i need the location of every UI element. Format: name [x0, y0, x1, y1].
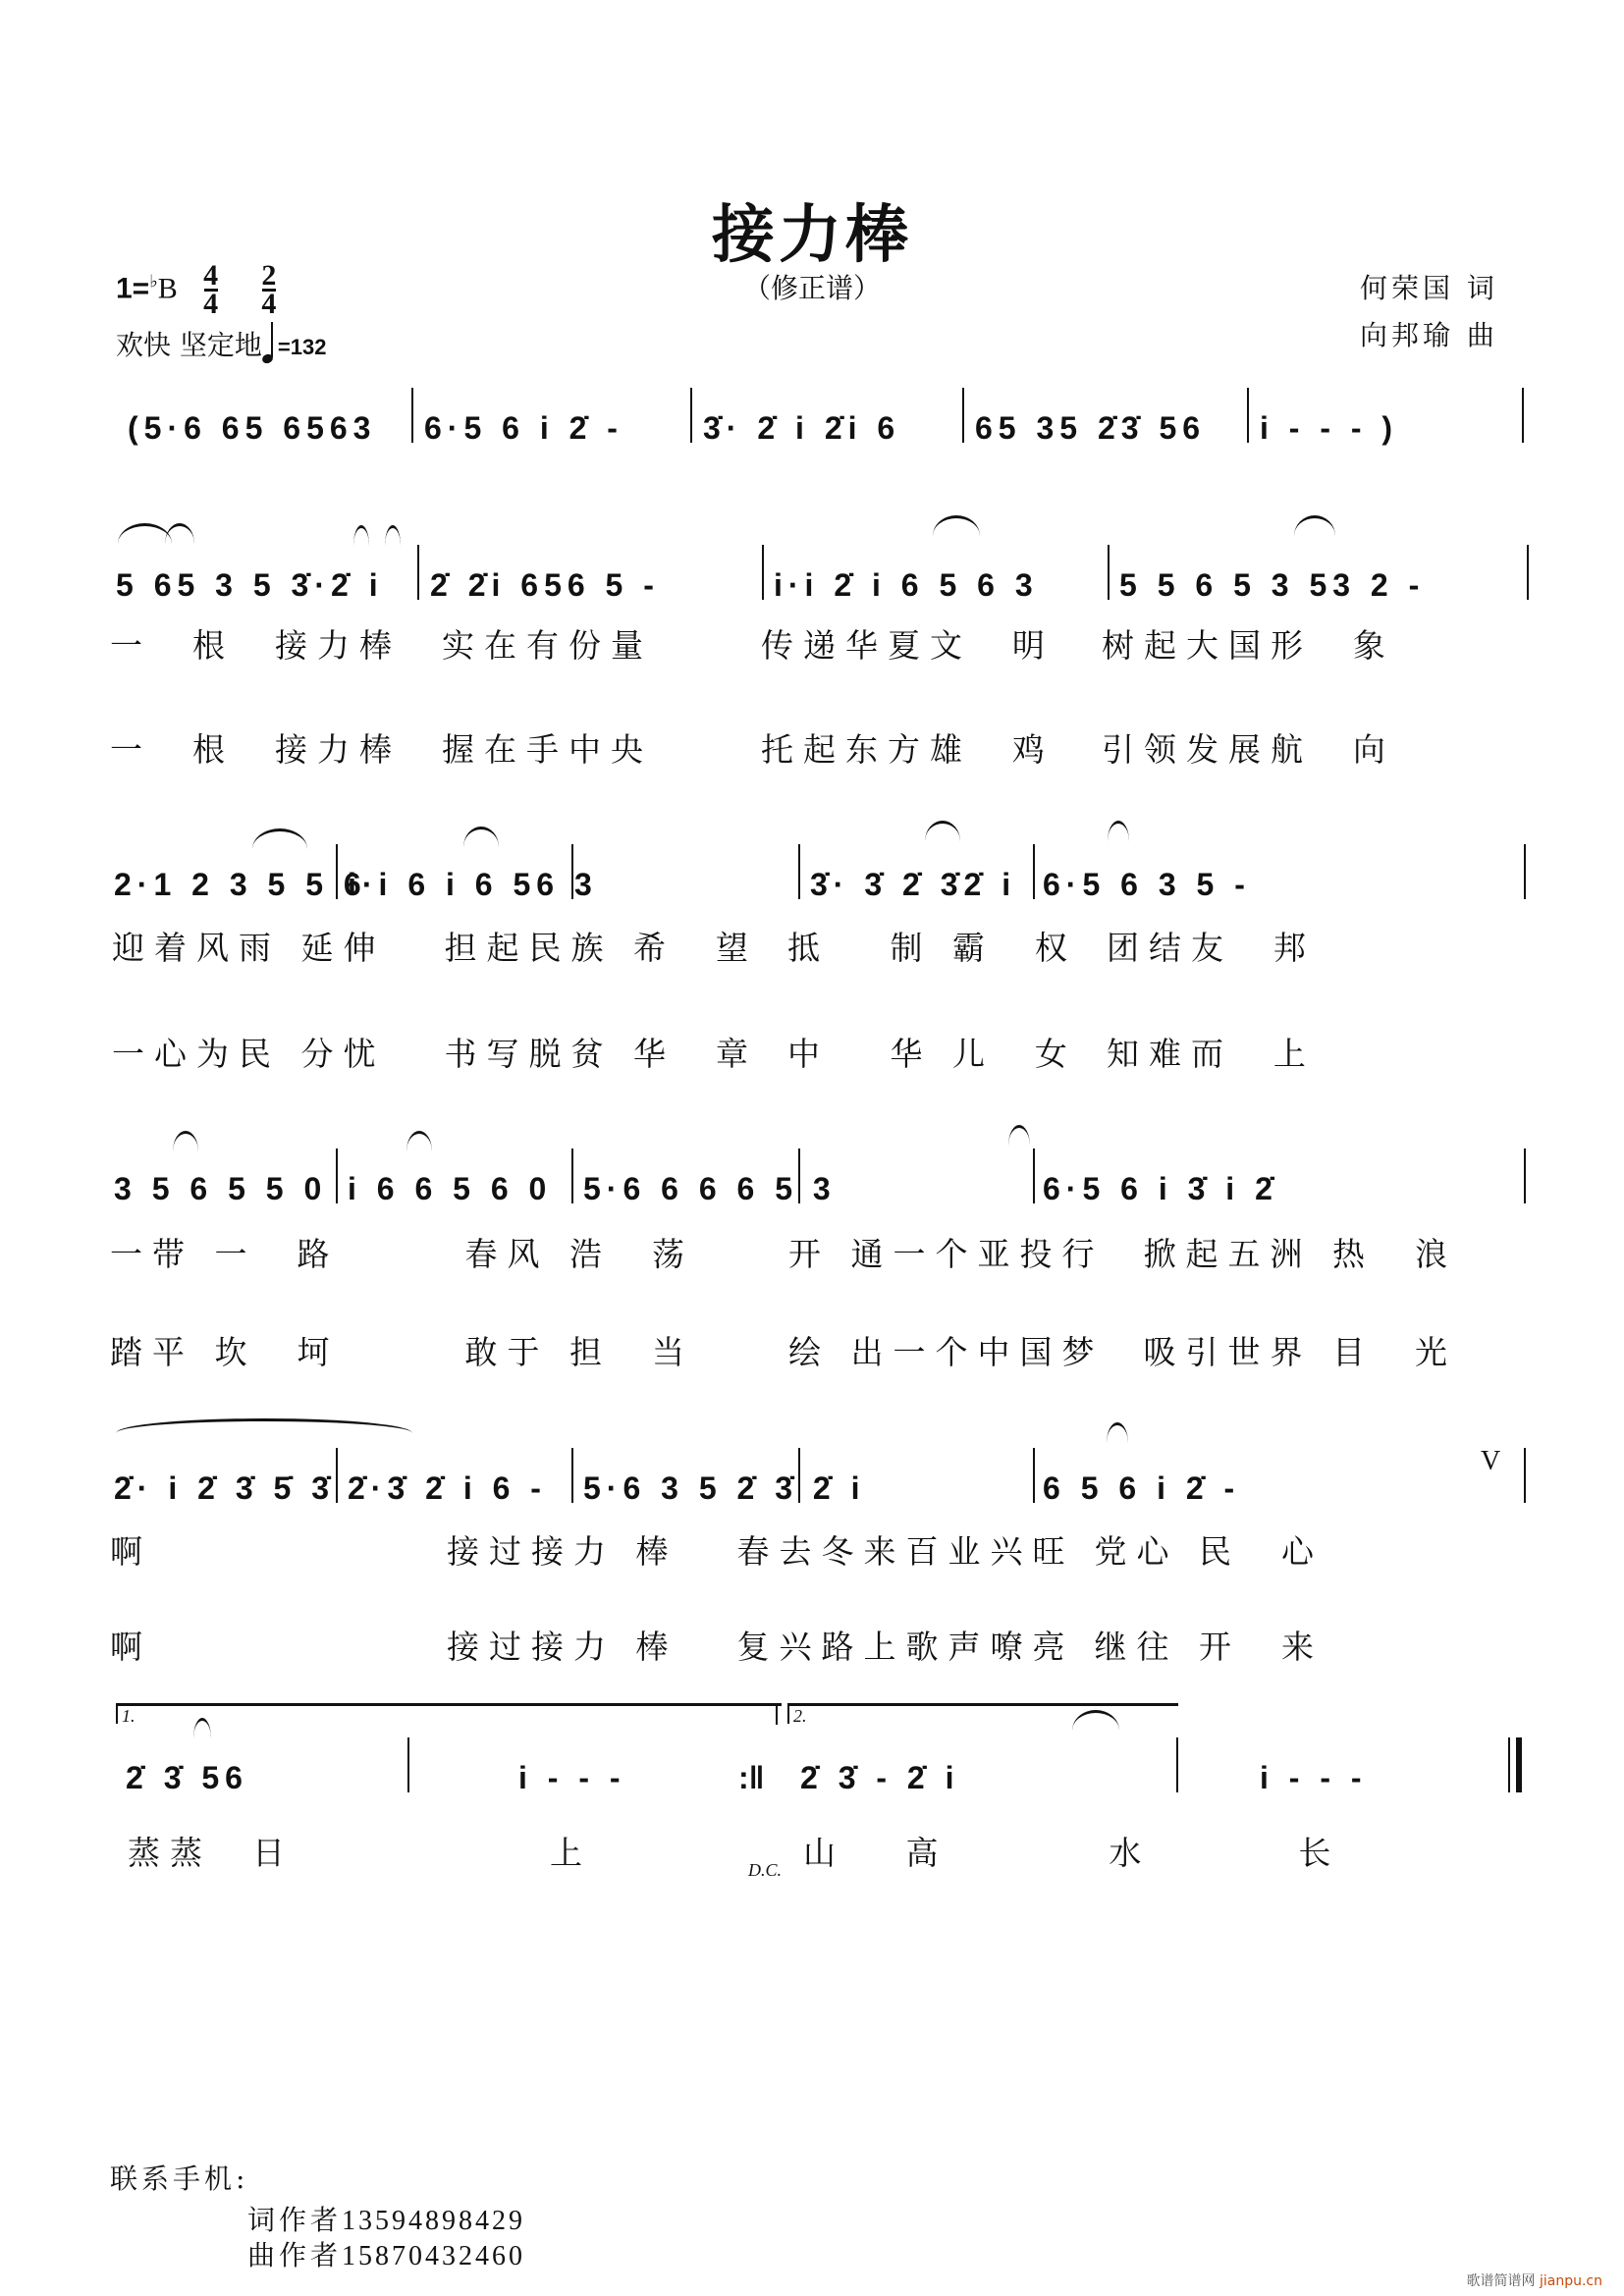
bar-line: [962, 388, 964, 443]
slur: [1294, 515, 1335, 536]
measure: i·i 6 i 6 56 3: [348, 844, 598, 903]
slur: [1008, 1125, 1030, 1146]
measure: 6 5 6 i 2̇ -: [1043, 1448, 1240, 1507]
bar-line: [1033, 1148, 1035, 1203]
measure: 2̇·3̇ 2̇ i 6 -: [348, 1448, 547, 1507]
volta-1-end: [776, 1703, 778, 1725]
bar-line: [1108, 545, 1110, 600]
lyric-verse-1: 啊接过接力 棒春去冬来百业兴旺党心 民 心: [110, 1526, 1324, 1573]
measure: 2̇· i 2̇ 3̇ 5̇ 3̇: [114, 1448, 335, 1507]
slur: [925, 821, 960, 841]
measure: 65 35 2̇3̇ 56: [975, 388, 1206, 447]
slur: [353, 525, 369, 546]
quarter-note-icon: [262, 326, 274, 363]
volta-1: 1.: [116, 1703, 782, 1724]
bar-line: [1247, 388, 1249, 443]
lyric-verse-2: 踏平 坎 坷敢于 担 当绘 出一个中国梦吸引世界 目 光: [110, 1327, 1457, 1373]
bar-line: [571, 1148, 573, 1203]
watermark: 歌谱简谱网 jianpu.cn: [1467, 2270, 1602, 2290]
breath-mark: V: [1481, 1418, 1500, 1477]
composer-credit: 向邦瑜 曲: [1360, 314, 1498, 353]
slur: [116, 1418, 412, 1433]
slur: [118, 523, 172, 544]
measure: 2̇ 2̇i 656 5 -: [430, 545, 660, 604]
measure: i - - - ): [1260, 388, 1398, 447]
bar-line: [417, 545, 419, 600]
slur: [1107, 1422, 1128, 1443]
slur: [1108, 821, 1129, 841]
volta-2: 2.: [787, 1703, 1178, 1724]
lyric-verse-2: 一心为民 分忧书写脱贫 华 章中 华 儿 女知难而 上: [112, 1029, 1316, 1075]
final-barline: [1508, 1737, 1522, 1792]
composer-contact: 曲作者15870432460: [247, 2234, 525, 2273]
measure: 6·5 6 i 2̇ -: [424, 388, 623, 447]
bar-line: [336, 1148, 338, 1203]
bar-line: [762, 545, 764, 600]
bar-line: [798, 1448, 800, 1503]
bar-line: [1176, 1737, 1178, 1792]
key-signature: 1=♭B 44 24: [116, 263, 276, 317]
bar-line: [407, 1737, 409, 1792]
measure: i 6 6 5 6 0: [348, 1148, 552, 1207]
lyricist-contact: 词作者13594898429: [247, 2199, 525, 2238]
bar-line: [571, 1448, 573, 1503]
time-signature-4-4: 44: [203, 263, 218, 317]
measure: 2̇ 3̇ - 2̇ i: [800, 1737, 960, 1796]
bar-line: [1033, 844, 1035, 899]
key-label: 1=: [116, 272, 149, 304]
lyric-ending-2: 山 高 水长: [803, 1828, 1340, 1874]
key-note: B: [158, 272, 178, 304]
bar-line: [336, 844, 338, 899]
bar-line: [336, 1448, 338, 1503]
measure: 5 65 3 5 3̇·2̇ i: [116, 545, 384, 604]
slur: [385, 525, 401, 546]
measure: 3̇· 2̇ i 2̇i 6: [703, 388, 900, 447]
song-title: 接力棒: [0, 185, 1624, 275]
measure: i - - -: [518, 1737, 626, 1796]
measure: 2̇ 3̇ 56: [126, 1737, 248, 1796]
bar-line: [1033, 1448, 1035, 1503]
contact-label: 联系手机:: [110, 2158, 248, 2197]
tempo-marking: 欢快 坚定地=132: [116, 324, 326, 363]
bar-line: [798, 1148, 800, 1203]
lyricist-credit: 何荣国 词: [1360, 267, 1498, 306]
measure: 5 5 6 5 3 53 2 -: [1119, 545, 1425, 604]
bar-line: [1524, 844, 1526, 899]
measure: i·i 2̇ i 6 5 6 3: [774, 545, 1039, 604]
bar-line: [411, 388, 413, 443]
tempo-text: 欢快 坚定地: [116, 329, 262, 361]
measure: 6·5 6 i 3̇ i 2̇: [1043, 1148, 1278, 1207]
slur: [933, 515, 980, 536]
bar-line: [1527, 545, 1529, 600]
measure: (5·6 65 6563: [128, 388, 376, 447]
bar-line: [690, 388, 692, 443]
measure: 3 5 6 5 5 0: [114, 1148, 327, 1207]
measure: 3̇· 3̇ 2̇ 3̇2̇ i: [810, 844, 1016, 903]
slur: [165, 523, 194, 544]
lyric-verse-2: 一 根 接力棒 握在手中央托起东方雄 鸡引领发展航 向: [110, 724, 1395, 771]
bar-line: [798, 844, 800, 899]
tempo-bpm: =132: [278, 335, 327, 359]
flat-icon: ♭: [149, 271, 158, 291]
lyric-verse-1: 迎着风雨 延伸担起民族 希 望抵 制 霸 权团结友 邦: [112, 923, 1316, 969]
bar-line: [1524, 1148, 1526, 1203]
bar-line: [1522, 388, 1524, 443]
measure: i - - -: [1260, 1737, 1368, 1796]
measure: 6·5 6 3 5 -: [1043, 844, 1251, 903]
lyric-verse-1: 一 根 接力棒 实在有份量传递华夏文 明树起大国形 象: [110, 620, 1395, 667]
lyric-ending: 蒸蒸 日上: [128, 1828, 592, 1874]
da-capo-mark: D.C.: [748, 1860, 782, 1881]
lyric-verse-2: 啊接过接力 棒复兴路上歌声嘹亮继往 开 来: [110, 1622, 1324, 1668]
measure: 5·6 3 5 2̇ 3̇ 2̇ i: [583, 1448, 865, 1507]
time-signature-2-4: 24: [261, 263, 276, 317]
measure: 2·1 2 3 5 5 6: [114, 844, 367, 903]
bar-line: [571, 844, 573, 899]
bar-line: [1524, 1448, 1526, 1503]
repeat-sign: :‖: [738, 1737, 765, 1796]
lyric-verse-1: 一带 一 路春风 浩 荡开 通一个亚投行掀起五洲 热 浪: [110, 1229, 1457, 1275]
